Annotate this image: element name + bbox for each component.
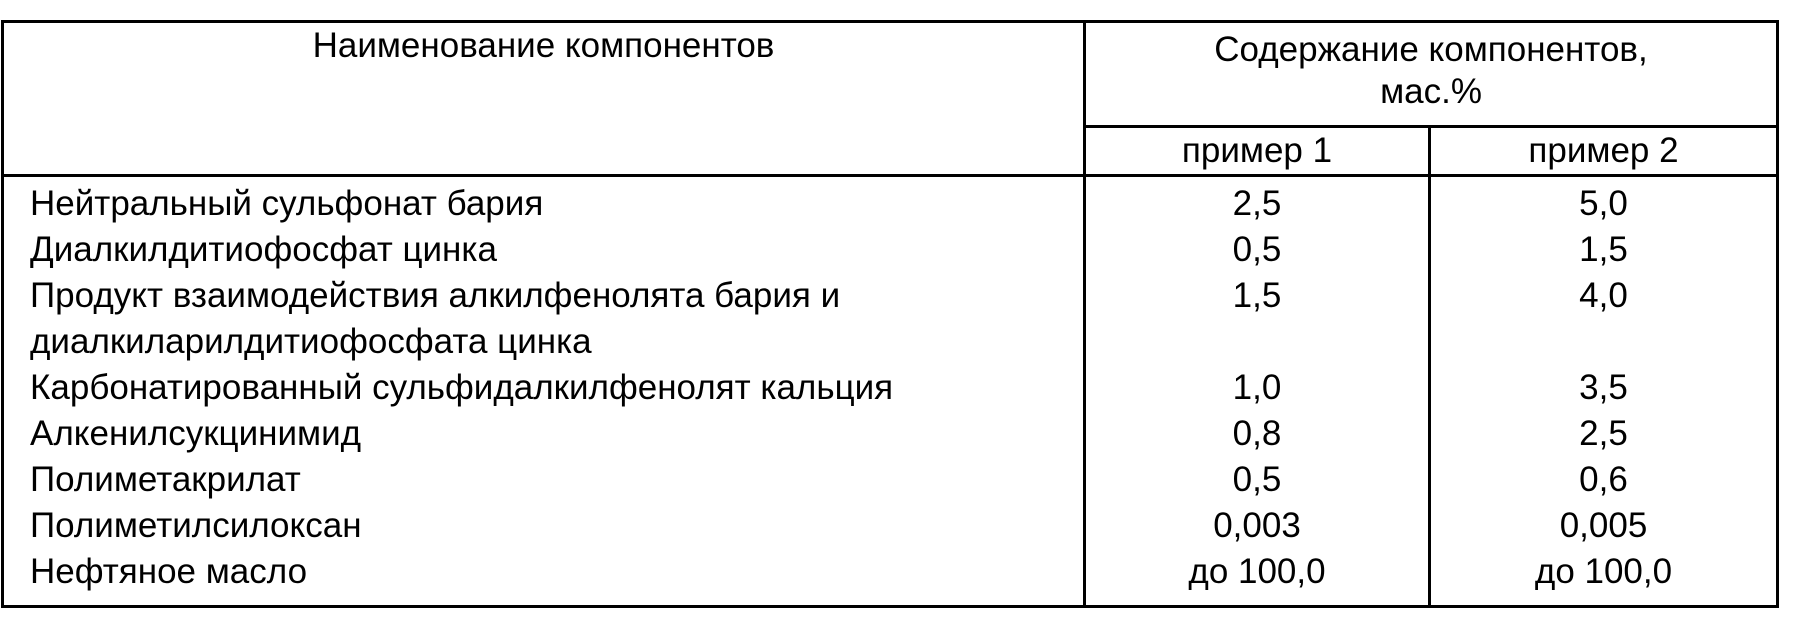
empty-cell-line (1086, 319, 1428, 365)
example-2-value: до 100,0 (1431, 549, 1776, 595)
component-name: Полиметилсилоксан (30, 503, 1083, 549)
component-name: Алкенилсукцинимид (30, 411, 1083, 457)
composition-table: Наименование компонентов Содержание комп… (1, 20, 1779, 608)
example-1-values-column: 2,50,51,51,00,80,50,003до 100,0 (1085, 176, 1430, 607)
component-name: Диалкилдитиофосфат цинка (30, 227, 1083, 273)
component-names-column: Нейтральный сульфонат барияДиалкилдитиоф… (3, 176, 1085, 607)
header-component-name: Наименование компонентов (3, 22, 1085, 176)
example-2-value: 1,5 (1431, 227, 1776, 273)
example-2-value: 4,0 (1431, 273, 1776, 319)
example-1-value: до 100,0 (1086, 549, 1428, 595)
example-2-values-column: 5,01,54,03,52,50,60,005до 100,0 (1430, 176, 1778, 607)
table-body-row: Нейтральный сульфонат барияДиалкилдитиоф… (3, 176, 1778, 607)
component-name: Продукт взаимодействия алкилфенолята бар… (30, 273, 1083, 319)
component-name: Нефтяное масло (30, 549, 1083, 595)
header-example-1: пример 1 (1085, 127, 1430, 176)
example-2-value: 0,6 (1431, 457, 1776, 503)
header-example-2: пример 2 (1430, 127, 1778, 176)
example-1-value: 2,5 (1086, 181, 1428, 227)
example-1-value: 0,003 (1086, 503, 1428, 549)
header-content-line1: Содержание компонентов, (1086, 29, 1776, 71)
header-component-content: Содержание компонентов, мас.% (1085, 22, 1778, 127)
component-name-continuation: диалкиларилдитиофосфата цинка (30, 319, 1083, 365)
example-1-value: 0,5 (1086, 227, 1428, 273)
empty-cell-line (1431, 319, 1776, 365)
header-content-line2: мас.% (1086, 71, 1776, 113)
example-1-value: 1,5 (1086, 273, 1428, 319)
component-name: Полиметакрилат (30, 457, 1083, 503)
example-2-value: 3,5 (1431, 365, 1776, 411)
example-2-value: 5,0 (1431, 181, 1776, 227)
example-2-value: 0,005 (1431, 503, 1776, 549)
example-1-value: 0,5 (1086, 457, 1428, 503)
component-name: Нейтральный сульфонат бария (30, 181, 1083, 227)
header-component-name-text: Наименование компонентов (4, 23, 1083, 69)
example-1-value: 1,0 (1086, 365, 1428, 411)
example-1-value: 0,8 (1086, 411, 1428, 457)
example-2-value: 2,5 (1431, 411, 1776, 457)
component-name: Карбонатированный сульфидалкилфенолят ка… (30, 365, 1083, 411)
